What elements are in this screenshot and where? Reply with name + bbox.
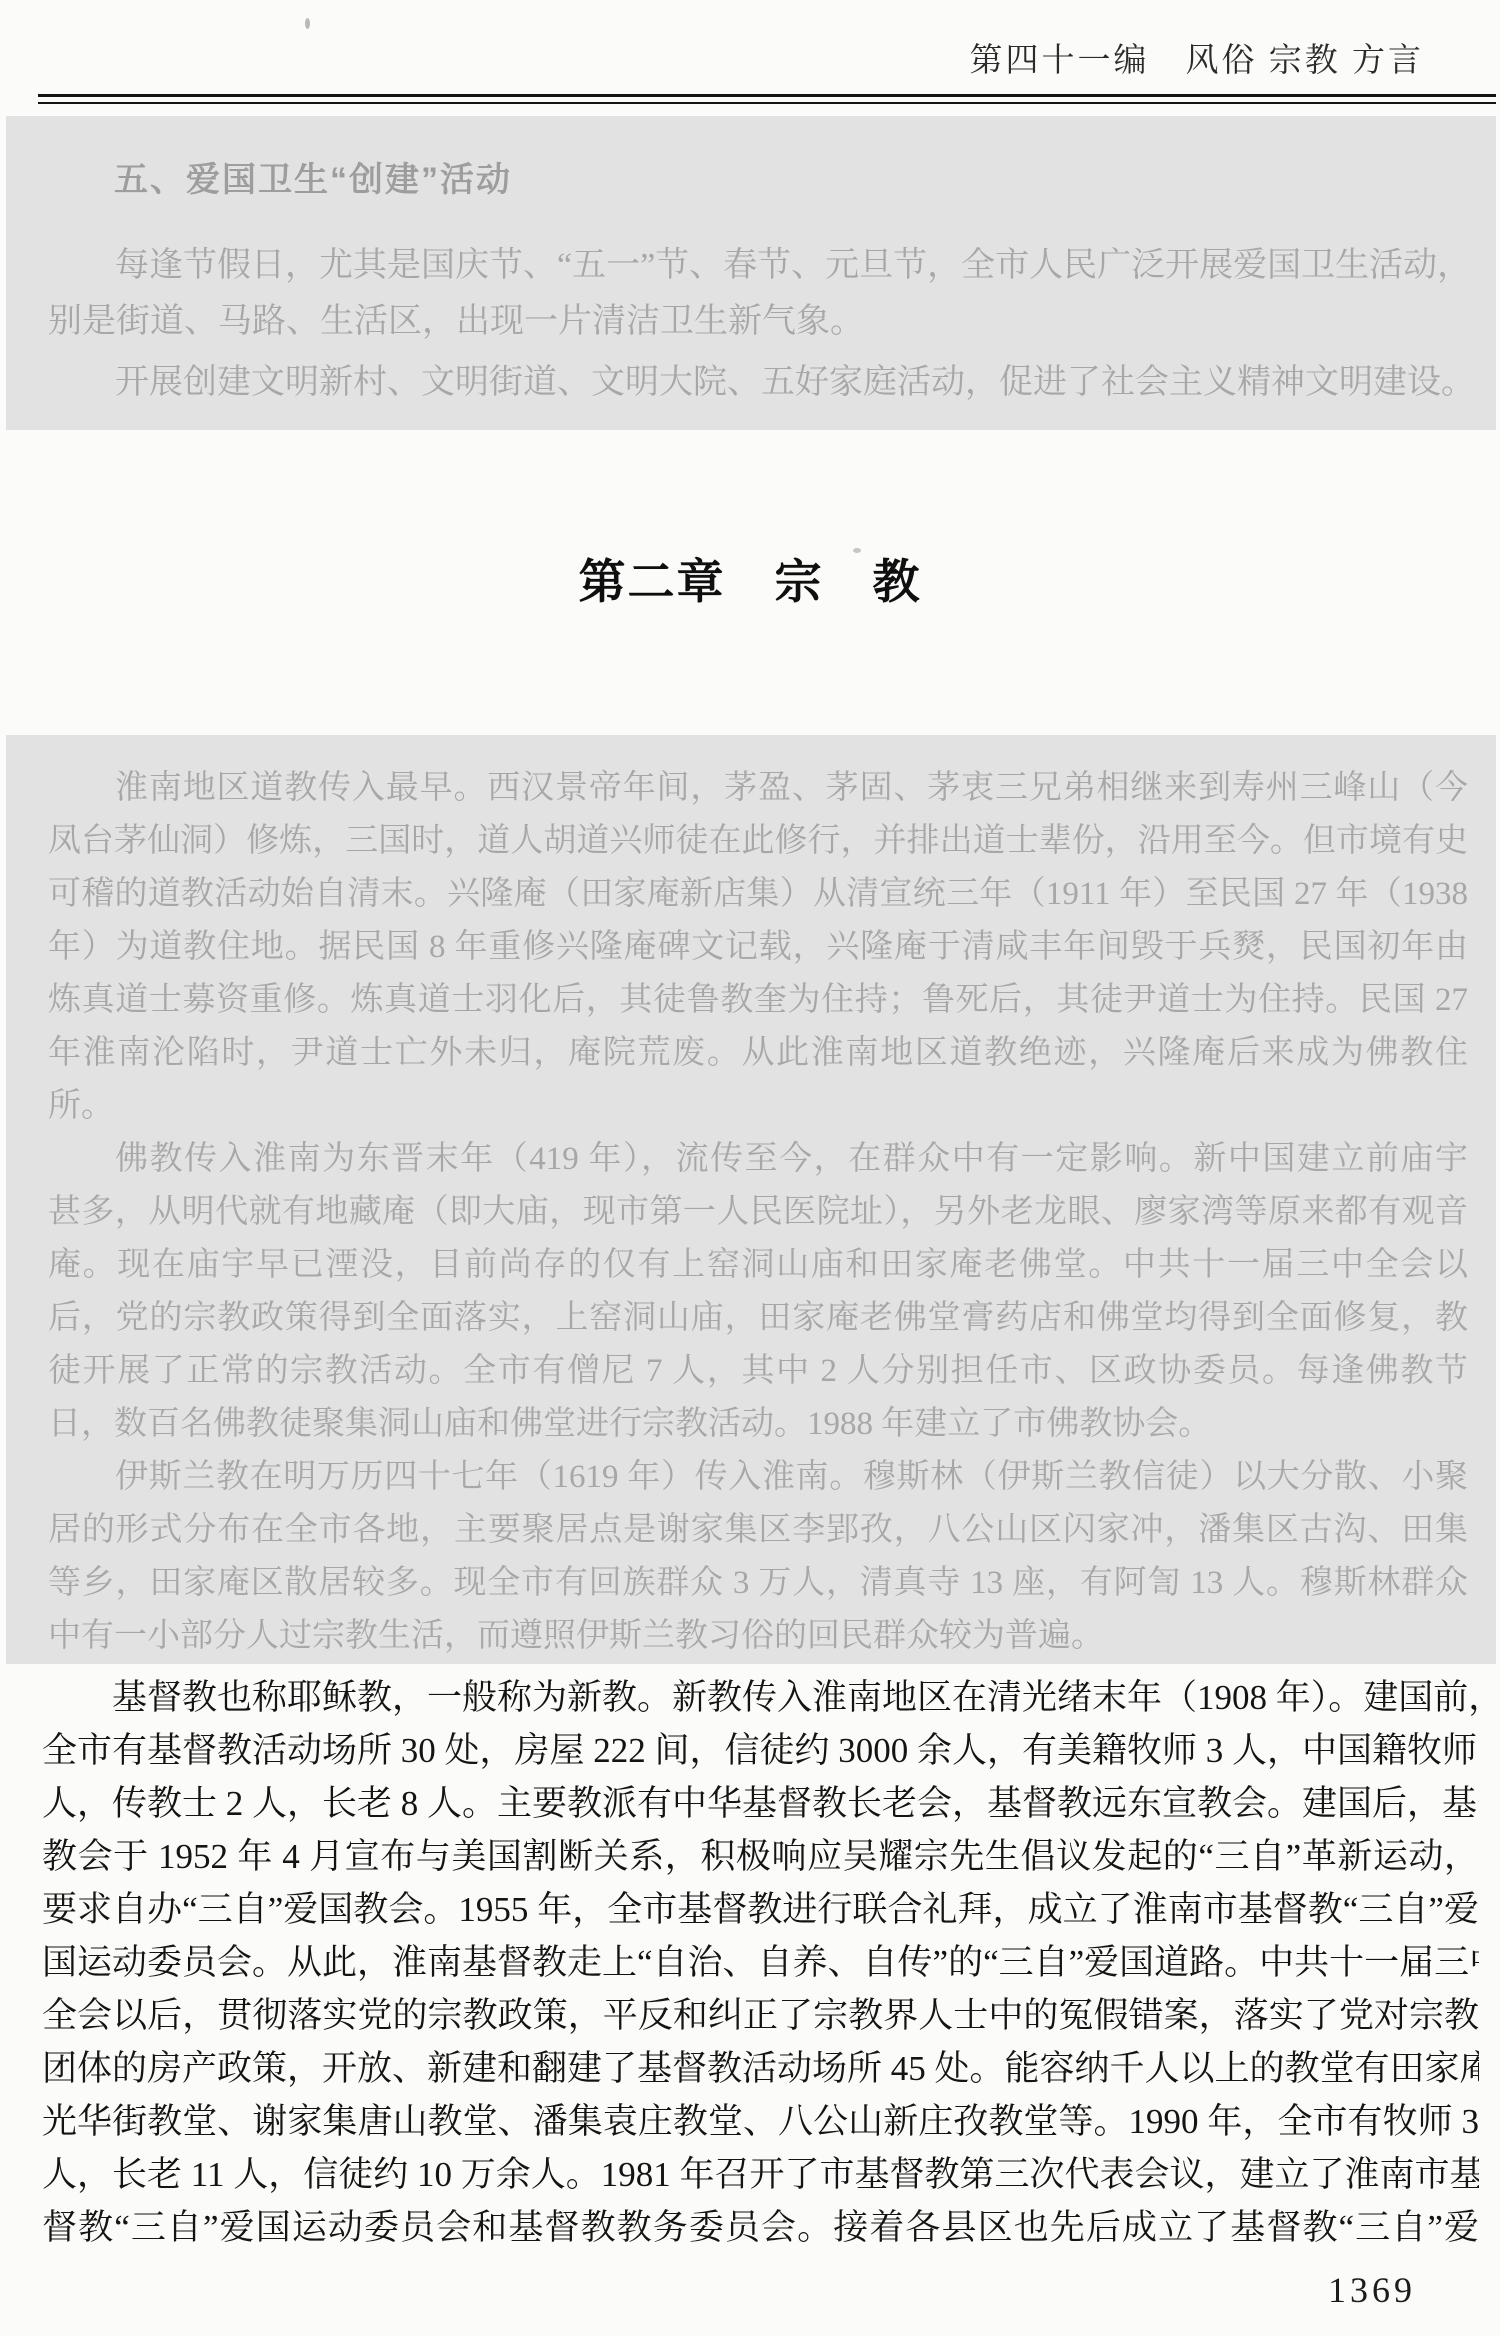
buddhism-paragraph-line: 甚多，从明代就有地藏庵（即大庙，现市第一人民医院址），另外老龙眼、廖家湾等原来都…: [48, 1186, 1468, 1239]
islam-paragraph-line: 中有一小部分人过宗教生活，而遵照伊斯兰教习俗的回民群众较为普遍。: [48, 1610, 1468, 1663]
christianity-paragraph-line: 国运动委员会。从此，淮南基督教走上“自治、自养、自传”的“三自”爱国道路。中共十…: [42, 1936, 1479, 1989]
scan-speck: [305, 18, 310, 29]
christianity-paragraph-line: 要求自办“三自”爱国教会。1955 年，全市基督教进行联合礼拜，成立了淮南市基督…: [42, 1883, 1479, 1936]
paragraph-line: 开展创建文明新村、文明街道、文明大院、五好家庭活动，促进了社会主义精神文明建设。: [48, 355, 1468, 411]
buddhism-paragraph-line: 日，数百名佛教徒聚集洞山庙和佛堂进行宗教活动。1988 年建立了市佛教协会。: [48, 1398, 1468, 1451]
hygiene-section-heading: 五、爱国卫生“创建”活动: [114, 160, 512, 200]
header-rule-bottom: [38, 102, 1496, 104]
islam-paragraph-line: 居的形式分布在全市各地，主要聚居点是谢家集区李郢孜，八公山区闪家冲，潘集区古沟、…: [48, 1504, 1468, 1557]
page-number: 1369: [1328, 2271, 1416, 2309]
paragraph-line: 每逢节假日，尤其是国庆节、“五一”节、春节、元旦节，全市人民广泛开展爱国卫生活动…: [48, 238, 1468, 294]
daoism-paragraph-line: 凤台茅仙洞）修炼，三国时，道人胡道兴师徒在此修行，并排出道士辈份，沿用至今。但市…: [48, 815, 1468, 868]
daoism-paragraph-line: 年）为道教住地。据民国 8 年重修兴隆庵碑文记载，兴隆庵于清咸丰年间毁于兵燹，民…: [48, 921, 1468, 974]
christianity-paragraph-line: 团体的房产政策，开放、新建和翻建了基督教活动场所 45 处。能容纳千人以上的教堂…: [42, 2042, 1479, 2095]
daoism-paragraph-line: 所。: [48, 1080, 1468, 1133]
scan-speck: [853, 548, 861, 553]
document-page: 第四十一编 风俗 宗教 方言 五、爱国卫生“创建”活动 每逢节假日，尤其是国庆节…: [0, 0, 1500, 2336]
chapter-title: 第二章 宗 教: [0, 554, 1500, 610]
christianity-paragraph-line: 全市有基督教活动场所 30 处，房屋 222 间，信徒约 3000 余人，有美籍…: [42, 1724, 1479, 1777]
religion-section-block: 淮南地区道教传入最早。西汉景帝年间，茅盈、茅固、茅衷三兄弟相继来到寿州三峰山（今…: [6, 735, 1496, 1664]
running-header-title: 第四十一编 风俗 宗教 方言: [970, 42, 1425, 80]
christianity-paragraph-line: 人，传教士 2 人，长老 8 人。主要教派有中华基督教长老会，基督教远东宣教会。…: [42, 1777, 1479, 1830]
daoism-paragraph-line: 淮南地区道教传入最早。西汉景帝年间，茅盈、茅固、茅衷三兄弟相继来到寿州三峰山（今: [48, 762, 1468, 815]
islam-paragraph-line: 伊斯兰教在明万历四十七年（1619 年）传入淮南。穆斯林（伊斯兰教信徒）以大分散…: [48, 1451, 1468, 1504]
hygiene-section-text: 每逢节假日，尤其是国庆节、“五一”节、春节、元旦节，全市人民广泛开展爱国卫生活动…: [48, 238, 1468, 411]
hygiene-section-block: 五、爱国卫生“创建”活动 每逢节假日，尤其是国庆节、“五一”节、春节、元旦节，全…: [6, 116, 1496, 430]
daoism-paragraph-line: 年淮南沦陷时，尹道士亡外未归，庵院荒废。从此淮南地区道教绝迹，兴隆庵后来成为佛教…: [48, 1027, 1468, 1080]
christianity-paragraph-line: 人，长老 11 人，信徒约 10 万余人。1981 年召开了市基督教第三次代表会…: [42, 2148, 1479, 2201]
christianity-paragraph-line: 督教“三自”爱国运动委员会和基督教教务委员会。接着各县区也先后成立了基督教“三自…: [42, 2201, 1479, 2254]
buddhism-paragraph-line: 后，党的宗教政策得到全面落实，上窑洞山庙，田家庵老佛堂膏药店和佛堂均得到全面修复…: [48, 1292, 1468, 1345]
paragraph-line: 别是街道、马路、生活区，出现一片清洁卫生新气象。: [48, 294, 1468, 350]
christianity-paragraph-line: 全会以后，贯彻落实党的宗教政策，平反和纠正了宗教界人士中的冤假错案，落实了党对宗…: [42, 1989, 1479, 2042]
islam-paragraph-line: 等乡，田家庵区散居较多。现全市有回族群众 3 万人，清真寺 13 座，有阿訇 1…: [48, 1557, 1468, 1610]
christianity-paragraph-line: 教会于 1952 年 4 月宣布与美国割断关系，积极响应吴耀宗先生倡议发起的“三…: [42, 1830, 1479, 1883]
daoism-paragraph-line: 炼真道士募资重修。炼真道士羽化后，其徒鲁教奎为住持；鲁死后，其徒尹道士为住持。民…: [48, 974, 1468, 1027]
header-rule-top: [38, 94, 1496, 97]
buddhism-paragraph-line: 徒开展了正常的宗教活动。全市有僧尼 7 人，其中 2 人分别担任市、区政协委员。…: [48, 1345, 1468, 1398]
buddhism-paragraph-line: 佛教传入淮南为东晋末年（419 年），流传至今，在群众中有一定影响。新中国建立前…: [48, 1133, 1468, 1186]
daoism-paragraph-line: 可稽的道教活动始自清末。兴隆庵（田家庵新店集）从清宣统三年（1911 年）至民国…: [48, 868, 1468, 921]
christianity-section-text: 基督教也称耶稣教，一般称为新教。新教传入淮南地区在清光绪末年（1908 年）。建…: [42, 1671, 1479, 2254]
religion-section-text: 淮南地区道教传入最早。西汉景帝年间，茅盈、茅固、茅衷三兄弟相继来到寿州三峰山（今…: [48, 762, 1468, 1663]
buddhism-paragraph-line: 庵。现在庙宇早已湮没，目前尚存的仅有上窑洞山庙和田家庵老佛堂。中共十一届三中全会…: [48, 1239, 1468, 1292]
christianity-paragraph-line: 基督教也称耶稣教，一般称为新教。新教传入淮南地区在清光绪末年（1908 年）。建…: [42, 1671, 1479, 1724]
christianity-paragraph-line: 光华街教堂、谢家集唐山教堂、潘集袁庄教堂、八公山新庄孜教堂等。1990 年，全市…: [42, 2095, 1479, 2148]
